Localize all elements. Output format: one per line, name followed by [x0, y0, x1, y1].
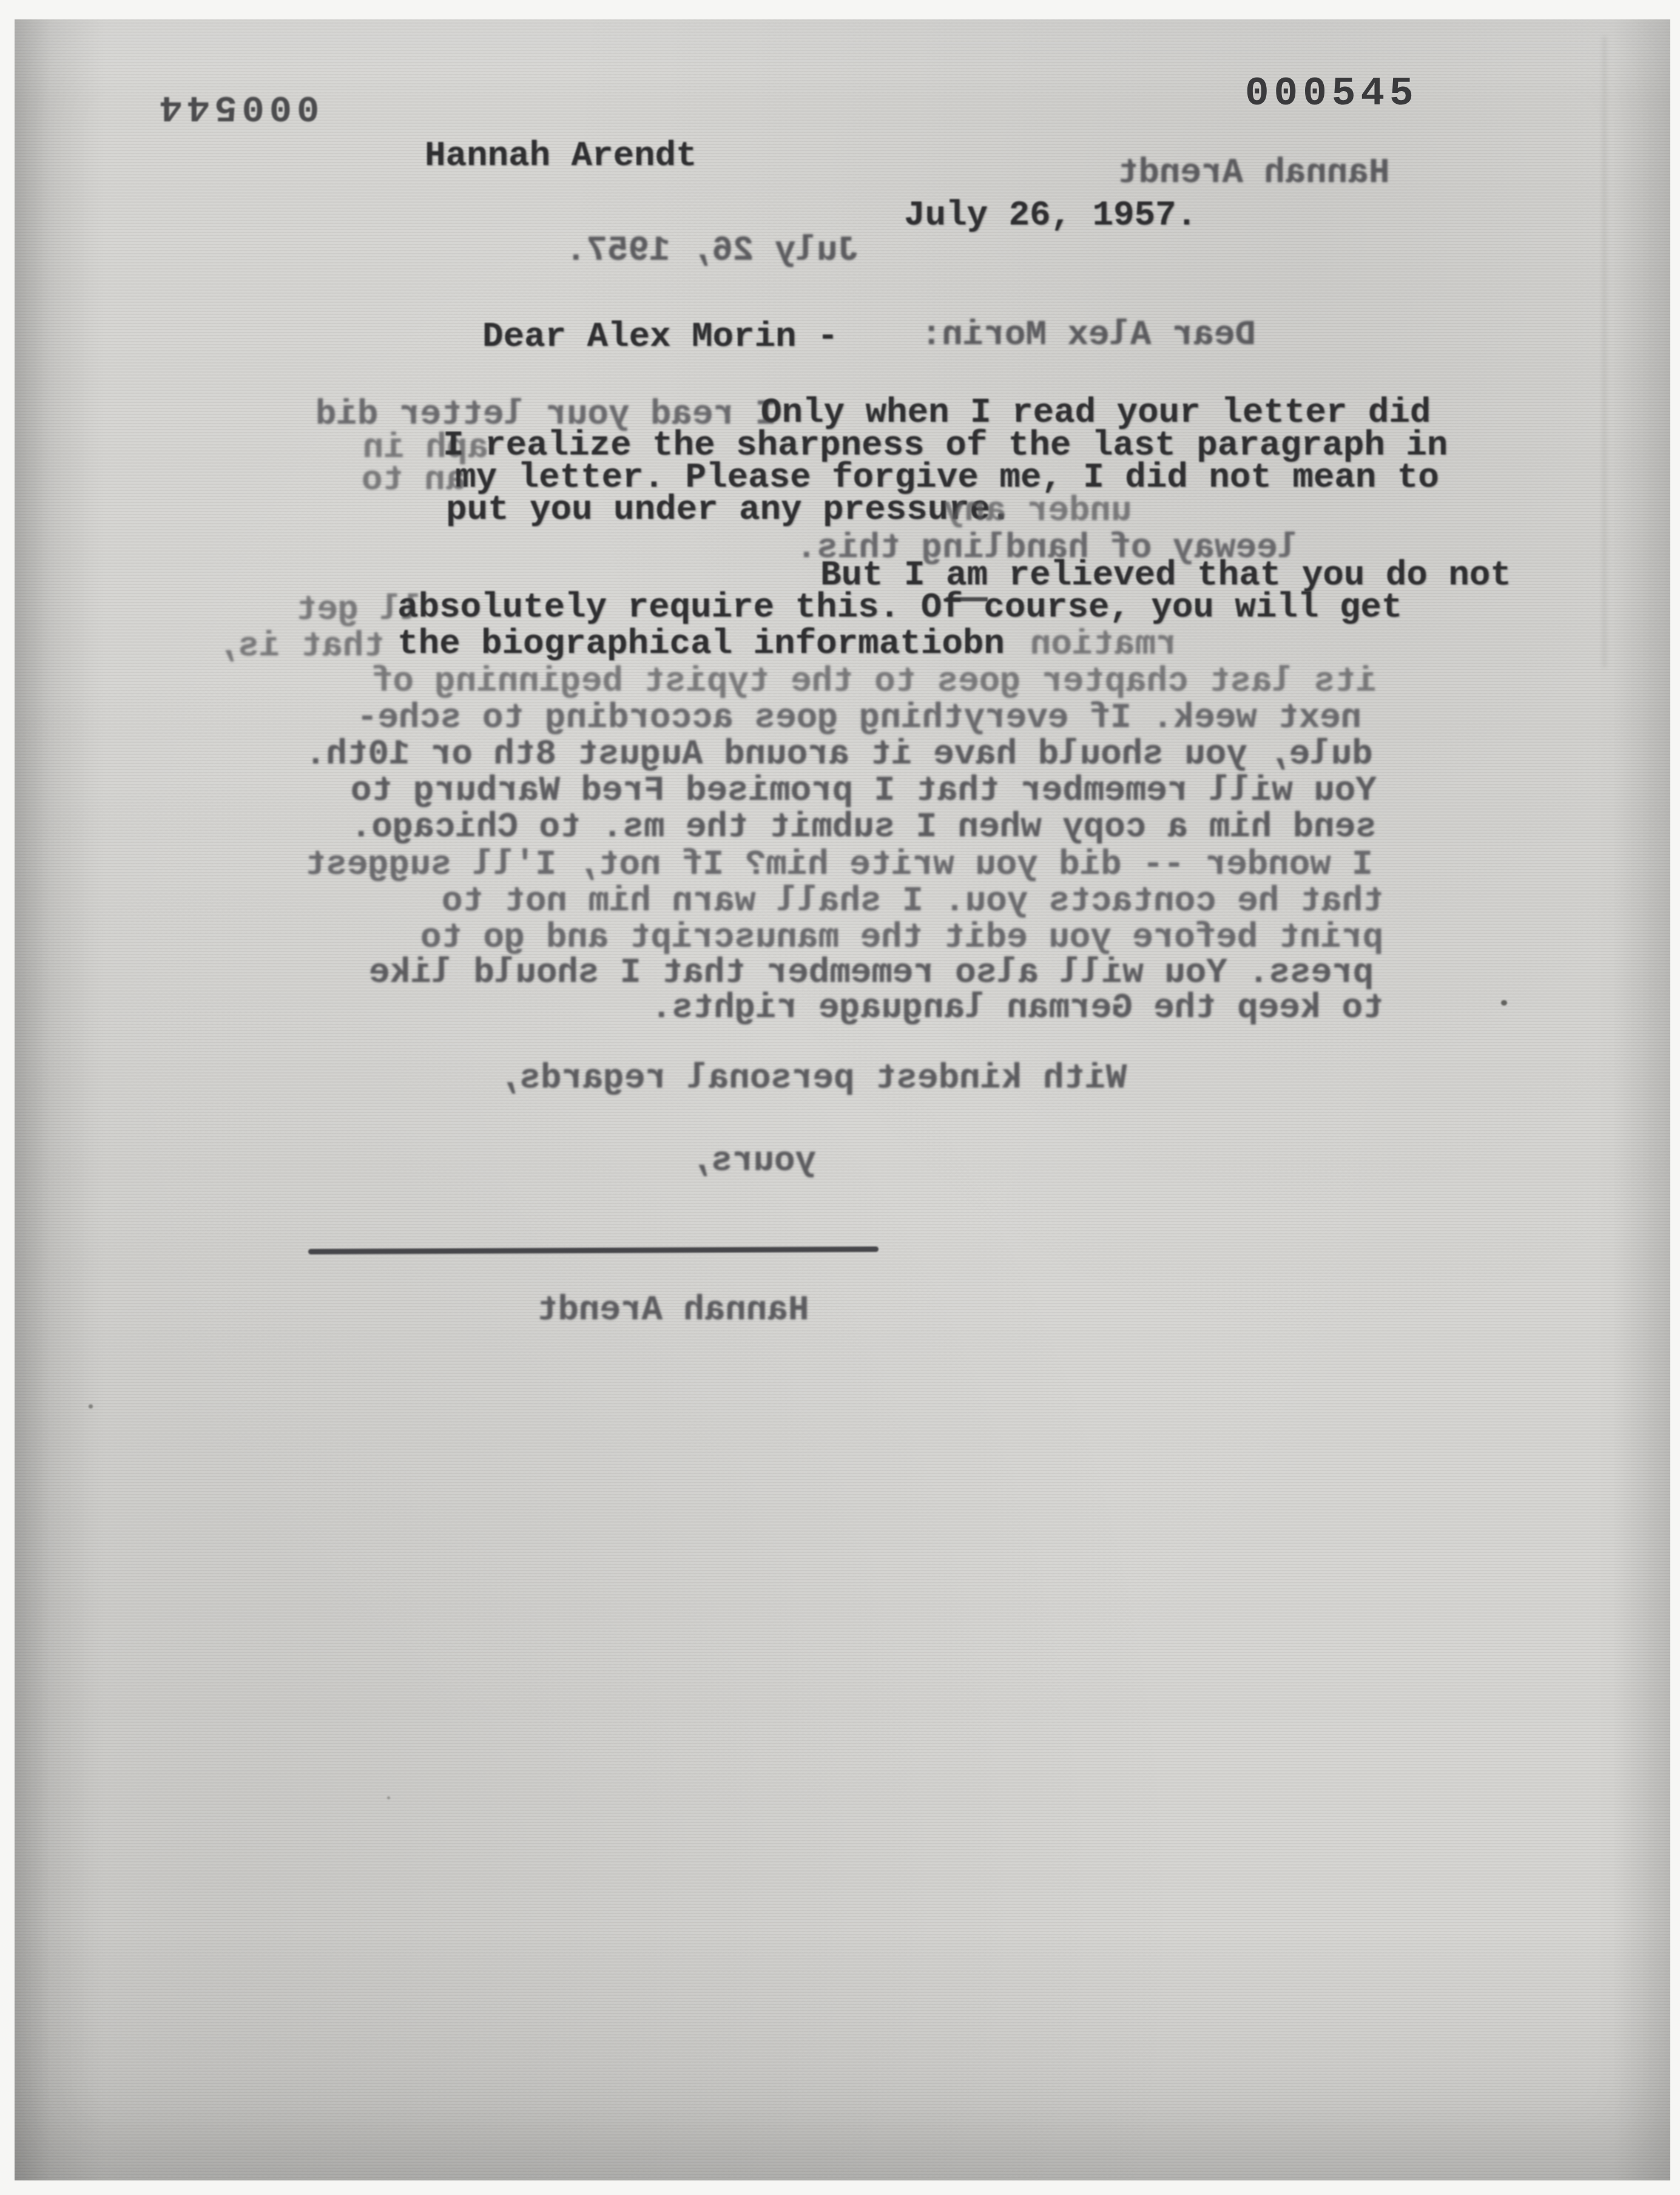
- signature-line: [308, 1246, 879, 1254]
- sender-name: Hannah Arendt: [425, 135, 697, 178]
- bleed-sender-name: Hannah Arendt: [1118, 152, 1390, 195]
- scanned-letter-page: 000544 000545 Hannah Arendt Hannah Arend…: [0, 0, 1680, 2195]
- bleed-fragment: that is,: [217, 625, 385, 669]
- bleed-closing: With kindest personal regards,: [499, 1057, 1127, 1101]
- bleed-paragraph-line: to keep the German language rights.: [651, 987, 1384, 1030]
- archive-number-stamp-rotated: 000544: [155, 88, 319, 126]
- bleed-date-line: July 26, 1957.: [565, 229, 859, 273]
- bleed-signoff: yours,: [690, 1140, 816, 1183]
- body-line: put you under any pressure.: [446, 489, 1011, 532]
- date-line: July 26, 1957.: [904, 194, 1197, 238]
- salutation: Dear Alex Morin -: [482, 316, 838, 359]
- bleed-typed-name-bottom: Hannah Arendt: [537, 1289, 809, 1333]
- bleed-salutation: Dear Alex Morin:: [921, 314, 1256, 357]
- letter-content-layer: 000544 000545 Hannah Arendt Hannah Arend…: [0, 0, 1680, 2195]
- archive-number-stamp: 000545: [1245, 74, 1419, 114]
